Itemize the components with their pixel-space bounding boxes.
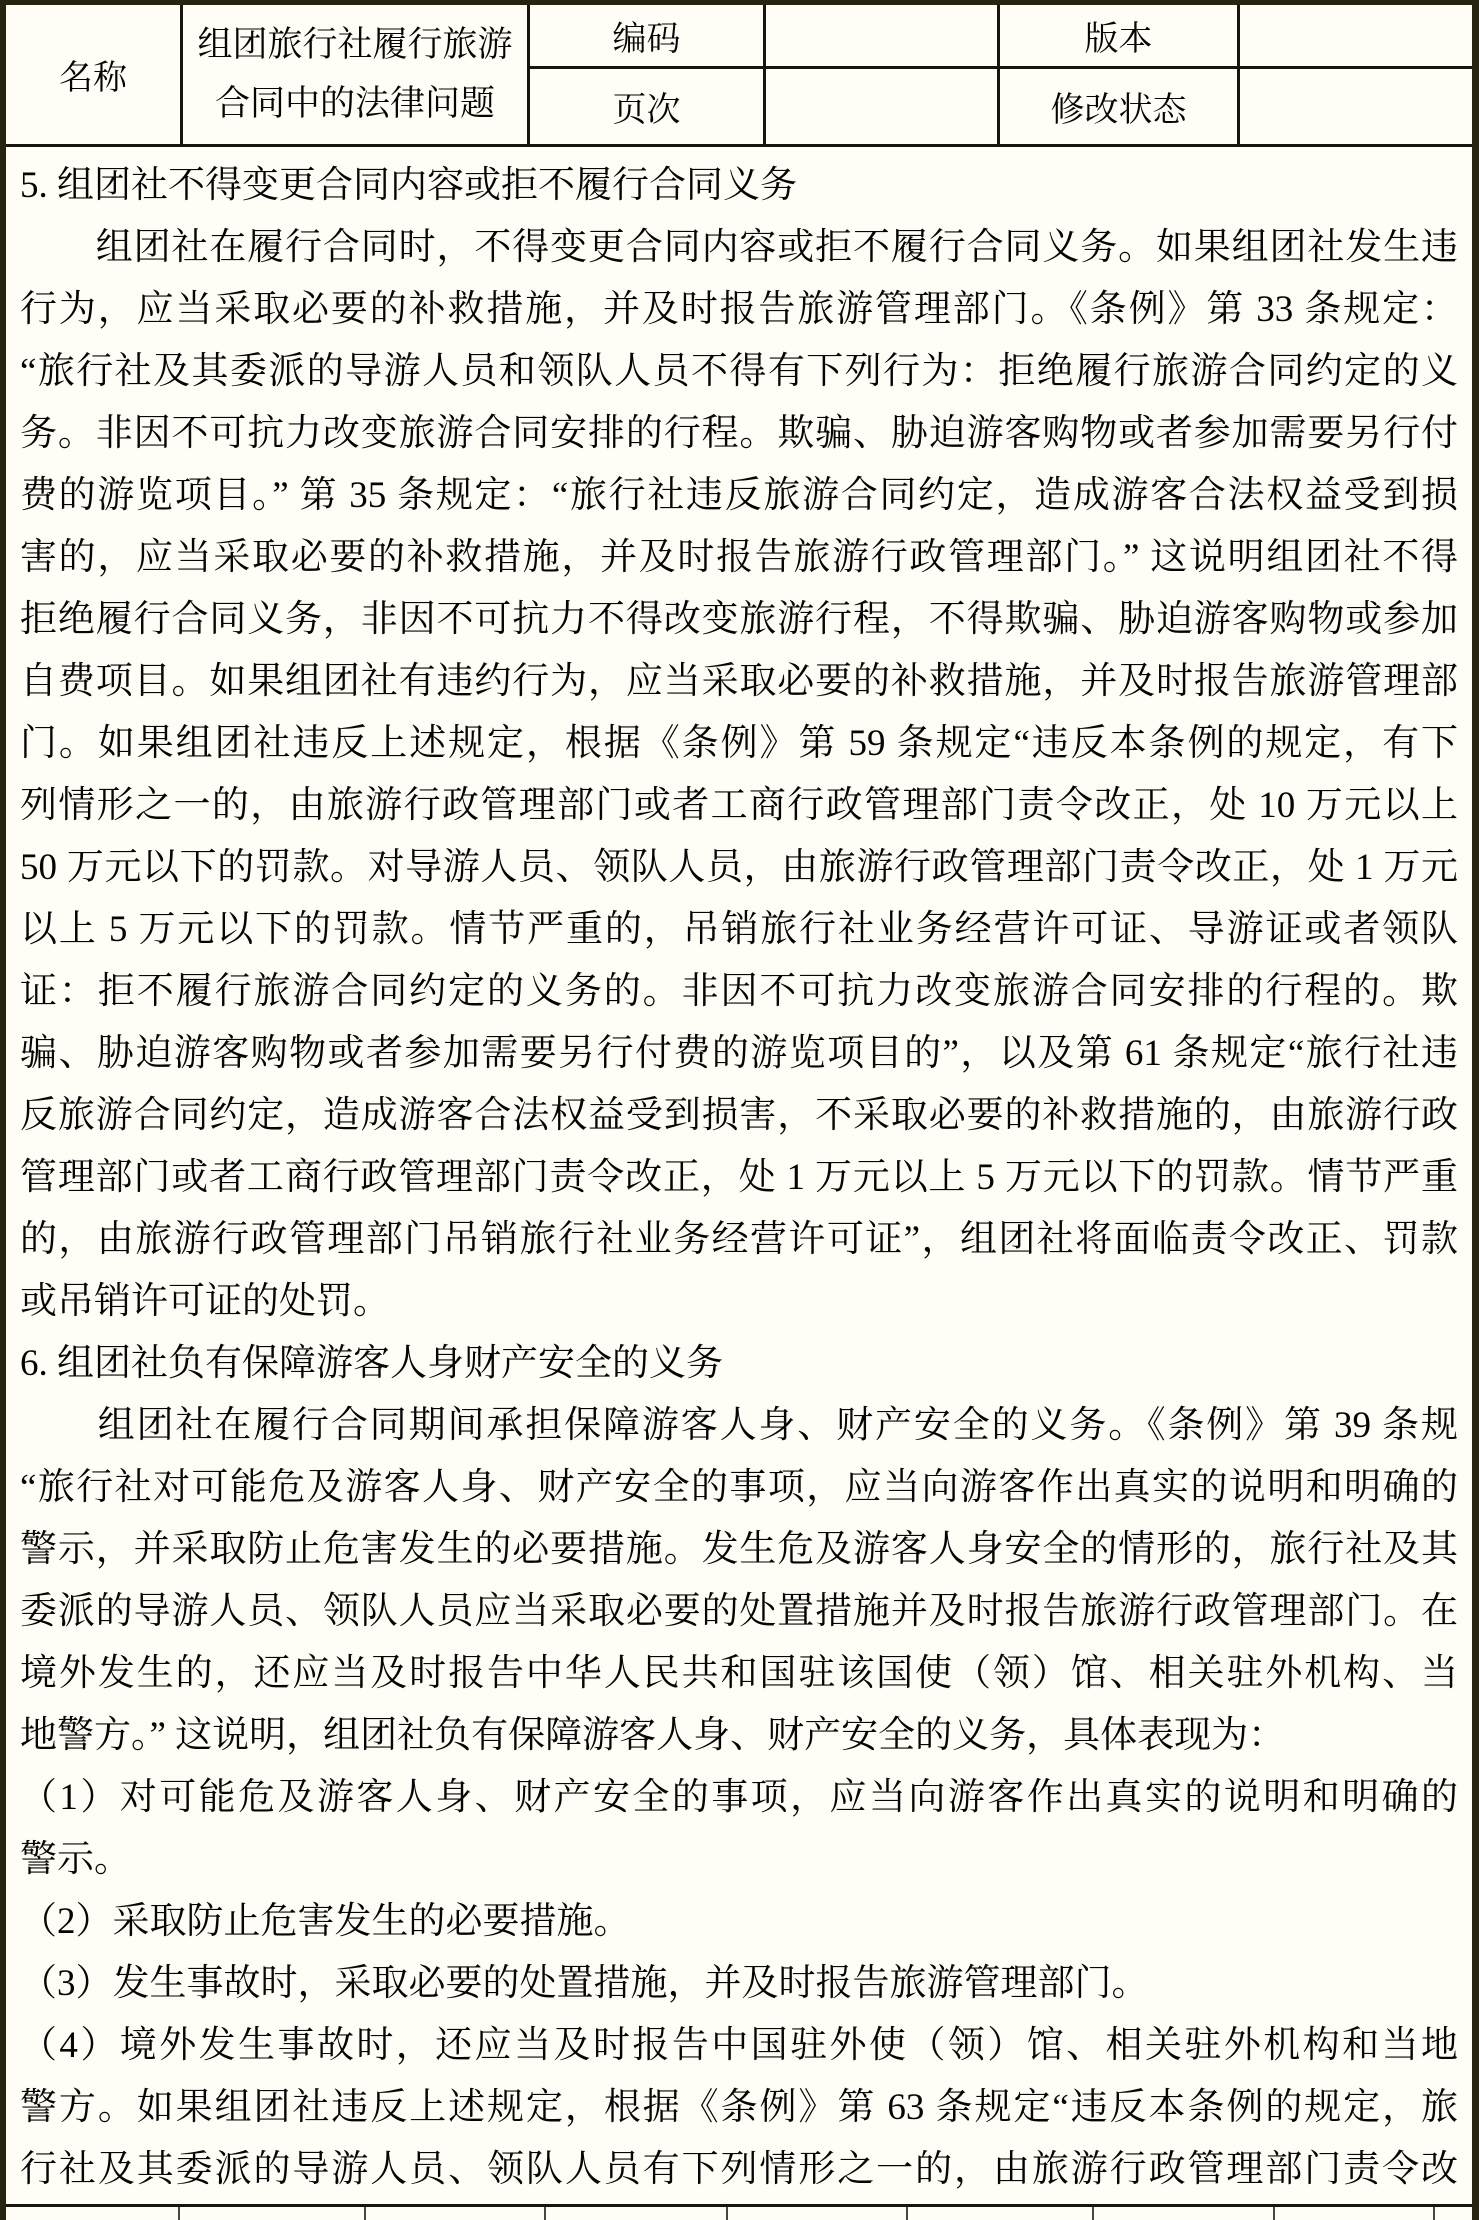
text-line: 骗、胁迫游客购物或者参加需要另行付费的游览项目的”，以及第 61 条规定“旅行社…: [20, 1023, 1458, 1085]
text-line: 以上 5 万元以下的罚款。情节严重的，吊销旅行社业务经营许可证、导游证或者领队: [20, 899, 1458, 961]
revision-value-cell: [1240, 69, 1472, 144]
revision-label-cell: 修改状态: [1000, 69, 1240, 144]
text-line: （1）对可能危及游客人身、财产安全的事项，应当向游客作出真实的说明和明确的: [20, 1767, 1458, 1829]
text-line: 列情形之一的，由旅游行政管理部门或者工商行政管理部门责令改正，处 10 万元以上: [20, 775, 1458, 837]
text-line: “旅行社对可能危及游客人身、财产安全的事项，应当向游客作出真实的说明和明确的: [20, 1457, 1458, 1519]
text-line: 反旅游合同约定，造成游客合法权益受到损害，不采取必要的补救措施的，由旅游行政: [20, 1085, 1458, 1147]
text-line: （2）采取防止危害发生的必要措施。: [20, 1891, 1458, 1953]
header-table: 名称 组团旅行社履行旅游 合同中的法律问题 编码 版本 页次 修改状态: [6, 5, 1472, 147]
text-line: 或吊销许可证的处罚。: [20, 1271, 1458, 1333]
text-line: 50 万元以下的罚款。对导游人员、领队人员，由旅游行政管理部门责令改正，处 1 …: [20, 837, 1458, 899]
text-line: 地警方。” 这说明，组团社负有保障游客人身、财产安全的义务，具体表现为：: [20, 1705, 1458, 1767]
text-line: （3）发生事故时，采取必要的处置措施，并及时报告旅游管理部门。: [20, 1953, 1458, 2015]
version-value-cell: [1240, 5, 1472, 69]
page-label-cell: 页次: [530, 69, 766, 144]
text-line: 组团社在履行合同时，不得变更合同内容或拒不履行合同义务。如果组团社发生违约: [20, 217, 1458, 279]
footer-cell-divider: [1092, 2207, 1094, 2220]
text-line: “旅行社及其委派的导游人员和领队人员不得有下列行为：拒绝履行旅游合同约定的义: [20, 341, 1458, 403]
text-line: 务。非因不可抗力改变旅游合同安排的行程。欺骗、胁迫游客购物或者参加需要另行付: [20, 403, 1458, 465]
document-title-line2: 合同中的法律问题: [215, 85, 495, 124]
text-line: 证：拒不履行旅游合同约定的义务的。非因不可抗力改变旅游合同安排的行程的。欺: [20, 961, 1458, 1023]
text-line: 害的，应当采取必要的补救措施，并及时报告旅游行政管理部门。” 这说明组团社不得: [20, 527, 1458, 589]
document-title-line1: 组团旅行社履行旅游: [197, 26, 512, 65]
code-label: 编码: [613, 11, 681, 60]
footer-table-top-border: [6, 2204, 1472, 2207]
text-line: 境外发生的，还应当及时报告中华人民共和国驻该国使（领）馆、相关驻外机构、当: [20, 1643, 1458, 1705]
footer-cell-divider: [178, 2207, 180, 2220]
page-value-cell: [766, 69, 1000, 144]
name-label: 名称: [59, 50, 127, 99]
footer-cell-divider: [726, 2207, 728, 2220]
footer-cell-divider: [1433, 2207, 1435, 2220]
document-title-cell: 组团旅行社履行旅游 合同中的法律问题: [183, 5, 530, 144]
name-label-cell: 名称: [6, 5, 183, 144]
revision-label: 修改状态: [1051, 82, 1187, 131]
version-label-cell: 版本: [1000, 5, 1240, 69]
document-page: 名称 组团旅行社履行旅游 合同中的法律问题 编码 版本 页次 修改状态: [0, 0, 1479, 2220]
text-line: 警示。: [20, 1829, 1458, 1891]
text-line: 拒绝履行合同义务，非因不可抗力不得改变旅游行程，不得欺骗、胁迫游客购物或参加: [20, 589, 1458, 651]
text-line: 委派的导游人员、领队人员应当采取必要的处置措施并及时报告旅游行政管理部门。在: [20, 1581, 1458, 1643]
text-line: 行社及其委派的导游人员、领队人员有下列情形之一的，由旅游行政管理部门责令改正，: [20, 2139, 1458, 2201]
text-line: （4）境外发生事故时，还应当及时报告中国驻外使（领）馆、相关驻外机构和当地: [20, 2015, 1458, 2077]
footer-cell-divider: [544, 2207, 546, 2220]
text-line: 5. 组团社不得变更合同内容或拒不履行合同义务: [20, 155, 1458, 217]
code-label-cell: 编码: [530, 5, 766, 69]
code-value-cell: [766, 5, 1000, 69]
text-line: 的，由旅游行政管理部门吊销旅行社业务经营许可证”，组团社将面临责令改正、罚款: [20, 1209, 1458, 1271]
text-line: 6. 组团社负有保障游客人身财产安全的义务: [20, 1333, 1458, 1395]
text-line: 费的游览项目。” 第 35 条规定：“旅行社违反旅游合同约定，造成游客合法权益受…: [20, 465, 1458, 527]
text-line: 组团社在履行合同期间承担保障游客人身、财产安全的义务。《条例》第 39 条规定：: [20, 1395, 1458, 1457]
footer-cell-divider: [1273, 2207, 1275, 2220]
footer-cell-divider: [364, 2207, 366, 2220]
text-line: 警示，并采取防止危害发生的必要措施。发生危及游客人身安全的情形的，旅行社及其: [20, 1519, 1458, 1581]
page-label: 页次: [613, 82, 681, 131]
document-body: 5. 组团社不得变更合同内容或拒不履行合同义务 组团社在履行合同时，不得变更合同…: [6, 147, 1472, 2201]
version-label: 版本: [1085, 11, 1153, 60]
footer-cell-divider: [906, 2207, 908, 2220]
text-line: 警方。如果组团社违反上述规定，根据《条例》第 63 条规定“违反本条例的规定，旅: [20, 2077, 1458, 2139]
text-line: 管理部门或者工商行政管理部门责令改正，处 1 万元以上 5 万元以下的罚款。情节…: [20, 1147, 1458, 1209]
text-line: 门。如果组团社违反上述规定，根据《条例》第 59 条规定“违反本条例的规定，有下: [20, 713, 1458, 775]
text-line: 行为，应当采取必要的补救措施，并及时报告旅游管理部门。《条例》第 33 条规定：: [20, 279, 1458, 341]
text-line: 自费项目。如果组团社有违约行为，应当采取必要的补救措施，并及时报告旅游管理部: [20, 651, 1458, 713]
